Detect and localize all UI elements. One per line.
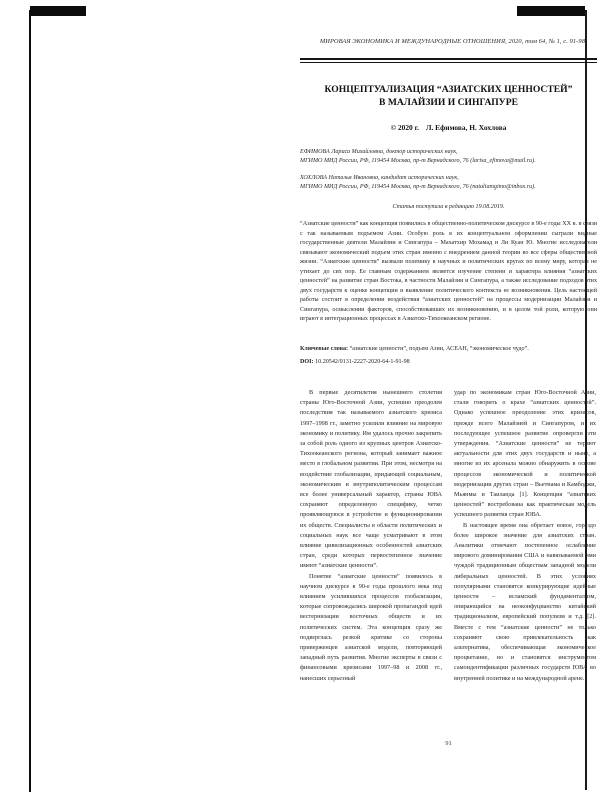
author-entry: ЕФИМОВА Лариса Михайловна, доктор истори… [300,148,597,166]
body-columns: В первые десятилетия нынешнего столетия … [300,388,597,684]
keywords-text: “азиатские ценности”, подъем Азии, АСЕАН… [348,346,529,352]
copyright-authors: Л. Ефимова, Н. Хохлова [426,123,506,132]
paragraph: В первые десятилетия нынешнего столетия … [300,388,442,572]
article-title: КОНЦЕПТУАЛИЗАЦИЯ “АЗИАТСКИХ ЦЕННОСТЕЙ” В… [300,84,597,109]
paragraph: В настоящее время она обретает новое, го… [454,521,596,684]
paragraph: удар по экономикам стран Юго-Восточной А… [454,388,596,521]
received-date-line: Статья поступила в редакцию 19.08.2019. [300,204,597,210]
doi-value: 10.20542/0131-2227-2020-64-1-91-98 [314,359,410,365]
page-number: 91 [300,740,597,747]
author-name-line: ХОХЛОВА Наталья Ивановна, кандидат истор… [300,174,597,183]
body-column-right: удар по экономикам стран Юго-Восточной А… [454,388,596,684]
paragraph: Понятие “азиатские ценности” появилось в… [300,572,442,684]
abstract-text: “Азиатские ценности” как концепция появи… [300,220,597,325]
article-title-line1: КОНЦЕПТУАЛИЗАЦИЯ “АЗИАТСКИХ ЦЕННОСТЕЙ” [325,84,573,95]
scanned-paper-page: { "journal": { "header": "МИРОВАЯ ЭКОНОМ… [0,0,600,800]
author-affiliation-line: МГИМО МИД России, РФ, 119454 Москва, пр-… [300,157,597,166]
journal-running-header: МИРОВАЯ ЭКОНОМИКА И МЕЖДУНАРОДНЫЕ ОТНОШЕ… [300,38,597,45]
keywords-line: Ключевые слова: “азиатские ценности”, по… [300,345,597,354]
body-column-left: В первые десятилетия нынешнего столетия … [300,388,442,684]
header-double-rule [300,58,597,63]
doi-line: DOI: 10.20542/0131-2227-2020-64-1-91-98 [300,359,597,365]
keywords-label: Ключевые слова: [300,346,348,352]
author-name-line: ЕФИМОВА Лариса Михайловна, доктор истори… [300,148,597,157]
scan-artifact-left-edge-line [29,10,31,792]
copyright-line: © 2020 г.Л. Ефимова, Н. Хохлова [300,123,597,132]
author-entry: ХОХЛОВА Наталья Ивановна, кандидат истор… [300,174,597,192]
article-content: МИРОВАЯ ЭКОНОМИКА И МЕЖДУНАРОДНЫЕ ОТНОШЕ… [300,0,597,800]
doi-label: DOI: [300,359,314,365]
copyright-year: © 2020 г. [391,123,419,132]
author-block: ЕФИМОВА Лариса Михайловна, доктор истори… [300,148,597,200]
author-affiliation-line: МГИМО МИД России, РФ, 119454 Москва, пр-… [300,183,597,192]
scan-artifact-top-left-bar [30,6,86,16]
article-title-line2: В МАЛАЙЗИИ И СИНГАПУРЕ [379,97,518,108]
